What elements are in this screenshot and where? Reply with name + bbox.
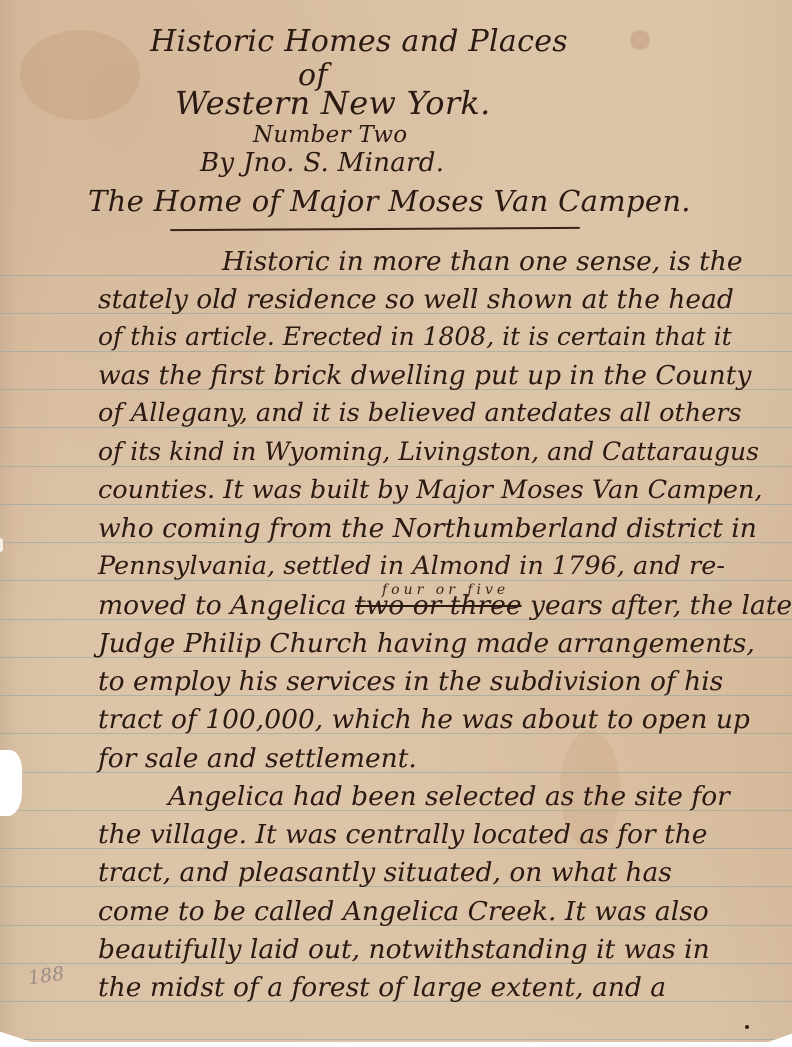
body-line: Pennsylvania, settled in Almond in 1796,… <box>98 551 725 581</box>
body-line: beautifully laid out, notwithstanding it… <box>98 934 710 965</box>
paper-stain <box>630 30 650 50</box>
article-number: Number Two <box>253 122 407 148</box>
body-line: stately old residence so well shown at t… <box>98 284 734 315</box>
subtitle: The Home of Major Moses Van Campen. <box>88 184 691 218</box>
body-line: was the first brick dwelling put up in t… <box>98 360 751 391</box>
struck-text: two or three <box>355 590 522 621</box>
title-line-1: Historic Homes and Places <box>150 24 568 59</box>
body-line: tract, and pleasantly situated, on what … <box>98 857 672 888</box>
ruled-line <box>0 351 792 352</box>
body-line: Judge Philip Church having made arrangem… <box>98 628 755 659</box>
body-line: of Allegany, and it is believed antedate… <box>98 398 742 428</box>
torn-edge <box>0 750 22 816</box>
body-line: to employ his services in the subdivisio… <box>98 666 723 697</box>
byline: By Jno. S. Minard. <box>200 148 444 178</box>
title-line-3: Western New York. <box>175 84 491 122</box>
ruled-line <box>0 1039 792 1040</box>
body-line: come to be called Angelica Creek. It was… <box>98 896 709 927</box>
subtitle-underline <box>170 227 580 231</box>
paper-stain <box>20 30 140 120</box>
torn-edge <box>0 538 3 552</box>
body-line: counties. It was built by Major Moses Va… <box>98 475 763 505</box>
body-line-part: years after, the late <box>530 590 792 621</box>
ink-spot <box>745 1025 749 1029</box>
body-line: the midst of a forest of large extent, a… <box>98 972 666 1003</box>
body-line: of its kind in Wyoming, Livingston, and … <box>98 437 759 466</box>
manuscript-page: Historic Homes and Places of Western New… <box>0 0 792 1042</box>
body-line: tract of 100,000, which he was about to … <box>98 704 750 735</box>
body-line: the village. It was centrally located as… <box>98 819 707 850</box>
body-line-with-correction: moved to Angelica two or three years aft… <box>98 590 792 621</box>
body-line: for sale and settlement. <box>98 743 417 774</box>
body-line: Angelica had been selected as the site f… <box>168 781 730 812</box>
margin-pencil-note: 188 <box>27 963 66 990</box>
body-line-part: moved to Angelica <box>98 590 347 621</box>
ruled-line <box>0 466 792 467</box>
body-line: Historic in more than one sense, is the <box>222 246 743 277</box>
body-line: of this article. Erected in 1808, it is … <box>98 322 732 351</box>
body-line: who coming from the Northumberland distr… <box>98 513 757 544</box>
